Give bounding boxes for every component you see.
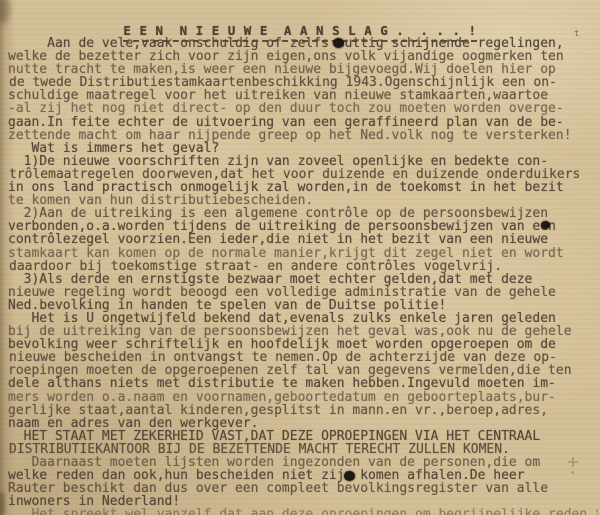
text-line: -al zij het nog niet direct- op den duur…: [8, 102, 598, 115]
text-line: Ned.bevolking in handen te spelen van de…: [8, 299, 598, 312]
text-line: 2)Aan de uitreiking is een algemene cont…: [8, 207, 598, 220]
bottom-left-smudge: [0, 492, 5, 515]
text-line: Wat is immers het geval?: [8, 142, 598, 155]
stray-typed-mark: t: [574, 29, 579, 39]
pamphlet-page: E E N N I E U W E A A N S L A G . . . . …: [0, 0, 600, 515]
text-line: daardoor bij toekomstige straat- en ande…: [9, 260, 599, 273]
text-line: 3)Als derde en ernstigste bezwaar moet e…: [8, 273, 598, 286]
text-line: contrôlezegel voorzien.Een ieder,die nie…: [8, 233, 598, 246]
text-line: mers worden o.a.naam en voornamen,geboor…: [8, 391, 598, 404]
clipped-bottom-line: Het spreekt wel vanzelf,dat aan deze opr…: [8, 508, 598, 515]
document-body: Aan de vele,vaak onschuldig of zelfs nut…: [8, 37, 598, 508]
ink-blot: [344, 471, 355, 481]
text-line: inwoners in Nederland!: [8, 495, 598, 508]
faint-dot-mark: [571, 471, 574, 474]
text-line: zettende macht om haar nijpende greep op…: [8, 129, 598, 142]
text-line: naam en adres van den werkgever.: [8, 417, 598, 430]
text-line: gerlijke staat,aantal kinderen,gesplitst…: [8, 404, 598, 417]
text-line: roepingen moeten de opgeroepenen zelf ta…: [8, 364, 598, 377]
text-line: gaan.In feite echter de uitvoering van e…: [8, 116, 598, 129]
text-line: dele althans niets met distributie te ma…: [8, 377, 598, 390]
ink-blot: [333, 38, 344, 48]
ink-blot: [541, 221, 550, 229]
text-line: nieuwe regeling wordt beoogd een volledi…: [8, 286, 598, 299]
faint-cross-mark: [568, 457, 578, 467]
